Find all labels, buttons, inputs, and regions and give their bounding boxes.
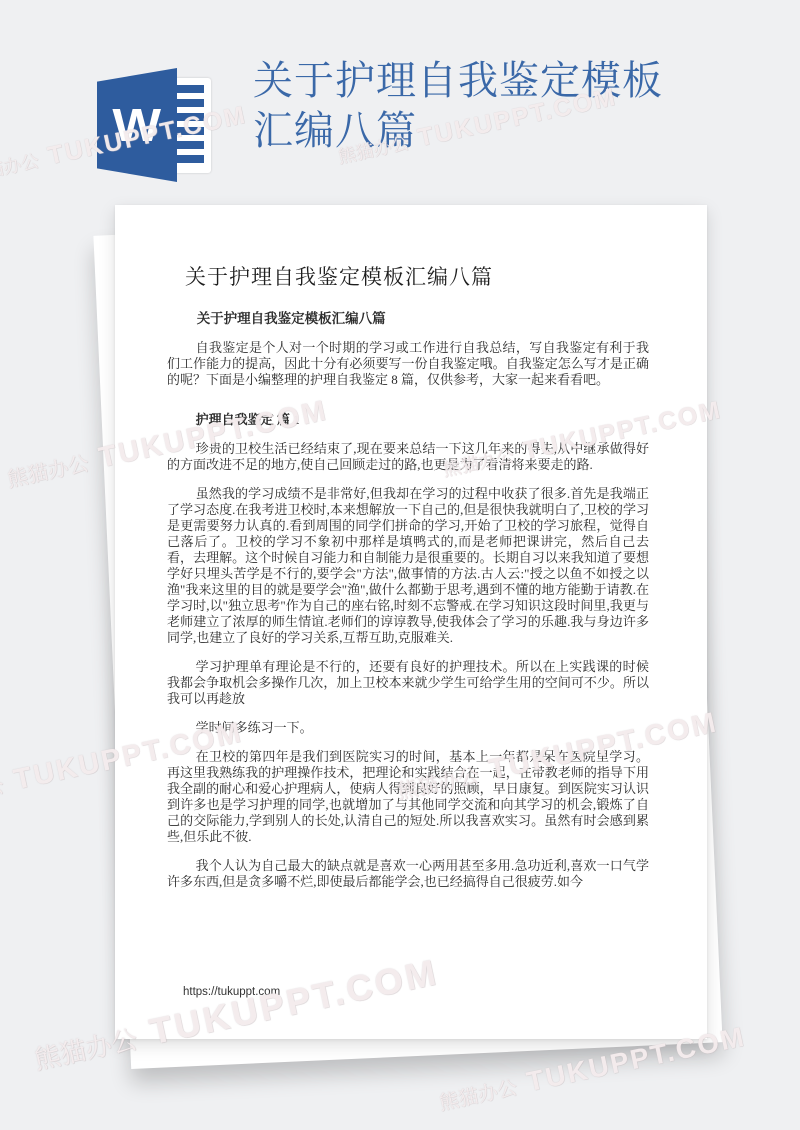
document-paragraph: 在卫校的第四年是我们到医院实习的时间，基本上一年都是呆在医院里学习。再这里我熟练… [167, 749, 649, 845]
word-file-icon: W [97, 68, 219, 182]
document-paragraph: 学习护理单有理论是不行的，还要有良好的护理技术。所以在上实践课的时候我都会争取机… [167, 659, 649, 707]
page-title: 关于护理自我鉴定模板 汇编八篇 [253, 56, 723, 156]
page-title-line1: 关于护理自我鉴定模板 [253, 56, 723, 106]
word-icon-letter: W [113, 98, 162, 152]
document-paragraph: 我个人认为自己最大的缺点就是喜欢一心两用甚至多用.急功近利,喜欢一口气学许多东西… [167, 858, 649, 890]
document-preview-stage: W 关于护理自我鉴定模板 汇编八篇 关于护理自我鉴定模板汇编八篇 关于护理自我鉴… [0, 0, 800, 1130]
document-page: 关于护理自我鉴定模板汇编八篇 关于护理自我鉴定模板汇编八篇 自我鉴定是个人对一个… [115, 205, 707, 1039]
footer-url: https://tukuppt.com [183, 984, 280, 1000]
word-icon-w-panel: W [97, 68, 177, 182]
document-paragraph: 学时间多练习一下。 [167, 720, 649, 736]
document-intro-paragraph: 自我鉴定是个人对一个时期的学习或工作进行自我总结，写自我鉴定有利于我们工作能力的… [167, 340, 649, 388]
section-heading: 护理自我鉴定 篇 1 [167, 412, 649, 428]
document-paragraph: 珍贵的卫校生活已经结束了,现在要来总结一下这几年来的得失,从中继承做得好的方面改… [167, 441, 649, 473]
document-title: 关于护理自我鉴定模板汇编八篇 [185, 269, 649, 285]
page-title-line2: 汇编八篇 [253, 106, 723, 156]
document-paragraph: 虽然我的学习成绩不是非常好,但我却在学习的过程中收获了很多.首先是我端正了学习态… [167, 486, 649, 646]
document-subtitle: 关于护理自我鉴定模板汇编八篇 [167, 311, 649, 327]
